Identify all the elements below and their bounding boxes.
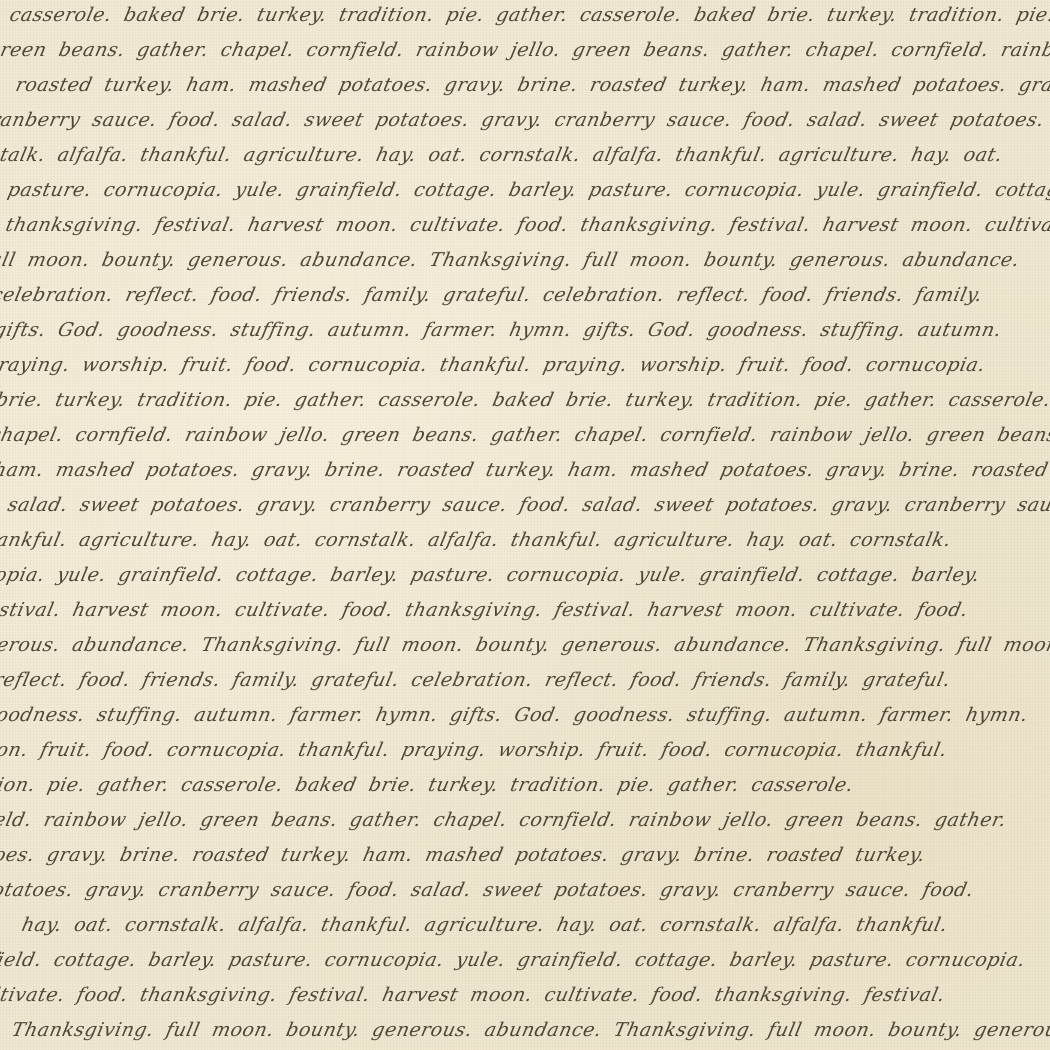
script-text-row: full moon. bounty. generous. abundance. … xyxy=(0,249,1022,271)
script-text-row: tion. fruit. food. cornucopia. thankful.… xyxy=(0,739,949,761)
script-text-row: hay. oat. cornstalk. alfalfa. thankful. … xyxy=(20,914,950,936)
script-text-row: festival. harvest moon. cultivate. food.… xyxy=(0,599,970,621)
script-text-row: goodness. stuffing. autumn. farmer. hymn… xyxy=(0,704,1030,726)
script-text-row: green beans. gather. chapel. cornfield. … xyxy=(0,39,1050,61)
script-text-row: stalk. alfalfa. thankful. agriculture. h… xyxy=(0,144,1005,166)
script-text-row: casserole. baked brie. turkey. tradition… xyxy=(8,4,1050,26)
script-text-row: toes. gravy. brine. roasted turkey. ham.… xyxy=(0,844,927,866)
script-text-row: potatoes. gravy. cranberry sauce. food. … xyxy=(0,879,976,901)
script-text-row: praying. worship. fruit. food. cornucopi… xyxy=(0,354,987,376)
script-text-row: celebration. reflect. food. friends. fam… xyxy=(0,284,985,306)
script-text-row: Thanksgiving. full moon. bounty. generou… xyxy=(10,1019,1050,1041)
fabric-swatch: casserole. baked brie. turkey. tradition… xyxy=(0,0,1050,1050)
script-text-row: field. cottage. barley. pasture. cornuco… xyxy=(0,949,1027,971)
script-text-row: thankful. agriculture. hay. oat. cornsta… xyxy=(0,529,953,551)
script-text-row: roasted turkey. ham. mashed potatoes. gr… xyxy=(14,74,1050,96)
script-text-row: thanksgiving. festival. harvest moon. cu… xyxy=(4,214,1050,236)
script-text-row: dition. pie. gather. casserole. baked br… xyxy=(0,774,856,796)
script-text-row: cranberry sauce. food. salad. sweet pota… xyxy=(0,109,1050,131)
script-text-row: generous. abundance. Thanksgiving. full … xyxy=(0,634,1050,656)
script-text-row: copia. yule. grainfield. cottage. barley… xyxy=(0,564,982,586)
script-text-row: chapel. cornfield. rainbow jello. green … xyxy=(0,424,1050,446)
script-text-row: salad. sweet potatoes. gravy. cranberry … xyxy=(6,494,1050,516)
script-text-row: brie. turkey. tradition. pie. gather. ca… xyxy=(0,389,1050,411)
script-text-row: gifts. God. goodness. stuffing. autumn. … xyxy=(0,319,1004,341)
script-text-row: field. rainbow jello. green beans. gathe… xyxy=(0,809,1008,831)
script-text-row: reflect. food. friends. family. grateful… xyxy=(0,669,953,691)
script-text-row: ham. mashed potatoes. gravy. brine. roas… xyxy=(0,459,1050,481)
script-text-row: cultivate. food. thanksgiving. festival.… xyxy=(0,984,947,1006)
script-text-row: pasture. cornucopia. yule. grainfield. c… xyxy=(6,179,1050,201)
